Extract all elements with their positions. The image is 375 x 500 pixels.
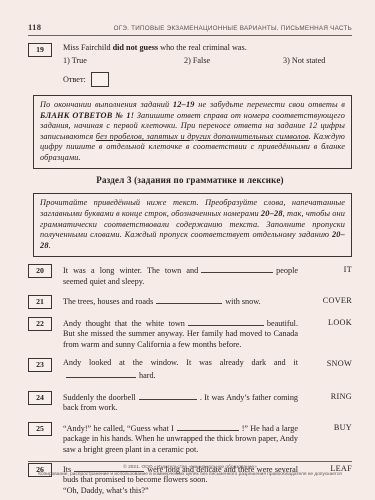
question-19-body: Miss Fairchild did not guess who the rea…: [63, 43, 352, 87]
question-19-text-after: who the real criminal was.: [158, 43, 247, 52]
answer-box: [91, 72, 109, 87]
question-row-20: 20 It was a long winter. The town andpeo…: [28, 264, 352, 287]
question-text: Andy thought that the white townbeautifu…: [63, 317, 298, 350]
legal-line: Копирование, распространение и использов…: [28, 471, 352, 478]
notice-task-range: 12–19: [173, 100, 195, 109]
notice-underlined: без пробелов, запятых и других дополните…: [96, 132, 309, 141]
grammar-notice-box: Прочитайте приведённый ниже текст. Преоб…: [33, 193, 352, 257]
answer-label: Ответ:: [63, 75, 86, 84]
question-text: It was a long winter. The town andpeople…: [63, 264, 298, 287]
question-number-box: 25: [28, 422, 52, 436]
answer-blank: [66, 369, 136, 378]
notice-task-range: 20–28: [261, 209, 283, 218]
question-row-23: 23 Andy looked at the window. It was alr…: [28, 358, 352, 381]
question-row-25: 25 “Andy!” he called, “Guess what I!” He…: [28, 422, 352, 455]
copyright-line: © 2021. ООО «Издательство «Национальное …: [28, 464, 352, 471]
text-after-blank: with snow.: [225, 297, 260, 306]
question-row-21: 21 The trees, houses and roadswith snow.…: [28, 295, 352, 309]
keyword: IT: [306, 264, 352, 274]
text-before-blank: Andy thought that the white town: [63, 319, 185, 328]
question-19: 19 Miss Fairchild did not guess who the …: [28, 43, 352, 87]
question-row-22: 22 Andy thought that the white townbeaut…: [28, 317, 352, 350]
keyword: BUY: [306, 422, 352, 432]
question-19-options: 1) True 2) False 3) Not stated: [63, 56, 352, 65]
notice-text: .: [49, 241, 51, 250]
keyword: RING: [306, 391, 352, 401]
question-number-box: 22: [28, 317, 52, 331]
text-before-blank: The trees, houses and roads: [63, 297, 153, 306]
option-true: 1) True: [63, 56, 184, 65]
text-before-blank: “Andy!” he called, “Guess what I: [63, 424, 174, 433]
answer-blank: [156, 295, 222, 304]
transfer-notice-box: По окончании выполнения заданий 12–19 не…: [33, 95, 352, 169]
question-19-text: Miss Fairchild did not guess who the rea…: [63, 43, 352, 53]
keyword: SNOW: [306, 358, 352, 368]
text-after-blank: hard.: [139, 371, 156, 380]
question-19-text-bold: did not guess: [113, 43, 159, 52]
running-head-title: ОГЭ. ТИПОВЫЕ ЭКЗАМЕНАЦИОННЫЕ ВАРИАНТЫ. П…: [114, 25, 352, 32]
exam-book-page: 118 ОГЭ. ТИПОВЫЕ ЭКЗАМЕНАЦИОННЫЕ ВАРИАНТ…: [0, 0, 375, 500]
question-extra-line: “Oh, Daddy, what’s this?”: [63, 486, 298, 496]
option-false: 2) False: [184, 56, 283, 65]
answer-blank: [177, 422, 239, 431]
question-number-box: 20: [28, 264, 52, 278]
keyword: LOOK: [306, 317, 352, 327]
text-before-blank: Suddenly the doorbell: [63, 393, 136, 402]
page-number: 118: [28, 22, 41, 32]
keyword: COVER: [306, 295, 352, 305]
question-text: “Andy!” he called, “Guess what I!” He ha…: [63, 422, 298, 455]
text-before-blank: Andy looked at the window. It was alread…: [63, 358, 298, 367]
text-before-blank: It was a long winter. The town and: [63, 266, 198, 275]
page-footer: © 2021. ООО «Издательство «Национальное …: [28, 461, 352, 478]
notice-text: не забудьте перенести свои ответы в: [195, 100, 345, 109]
question-number-box: 19: [28, 43, 52, 57]
question-text: Suddenly the doorbell. It was Andy’s fat…: [63, 391, 298, 414]
answer-blank: [201, 264, 273, 273]
option-not-stated: 3) Not stated: [283, 56, 352, 65]
page-header: 118 ОГЭ. ТИПОВЫЕ ЭКЗАМЕНАЦИОННЫЕ ВАРИАНТ…: [28, 22, 352, 36]
question-19-text-before: Miss Fairchild: [63, 43, 113, 52]
section-3-heading: Раздел 3 (задания по грамматике и лексик…: [28, 175, 352, 185]
page-sheet: 118 ОГЭ. ТИПОВЫЕ ЭКЗАМЕНАЦИОННЫЕ ВАРИАНТ…: [0, 0, 375, 500]
notice-text: По окончании выполнения заданий: [40, 100, 173, 109]
question-number-box: 23: [28, 358, 52, 372]
question-number-box: 24: [28, 391, 52, 405]
question-row-24: 24 Suddenly the doorbell. It was Andy’s …: [28, 391, 352, 414]
answer-row: Ответ:: [63, 72, 352, 87]
question-text: Andy looked at the window. It was alread…: [63, 358, 298, 381]
question-number-box: 21: [28, 295, 52, 309]
notice-answer-sheet: БЛАНК ОТВЕТОВ № 1!: [40, 111, 134, 120]
answer-blank: [139, 391, 197, 400]
question-text: The trees, houses and roadswith snow.: [63, 295, 298, 307]
answer-blank: [188, 317, 264, 326]
